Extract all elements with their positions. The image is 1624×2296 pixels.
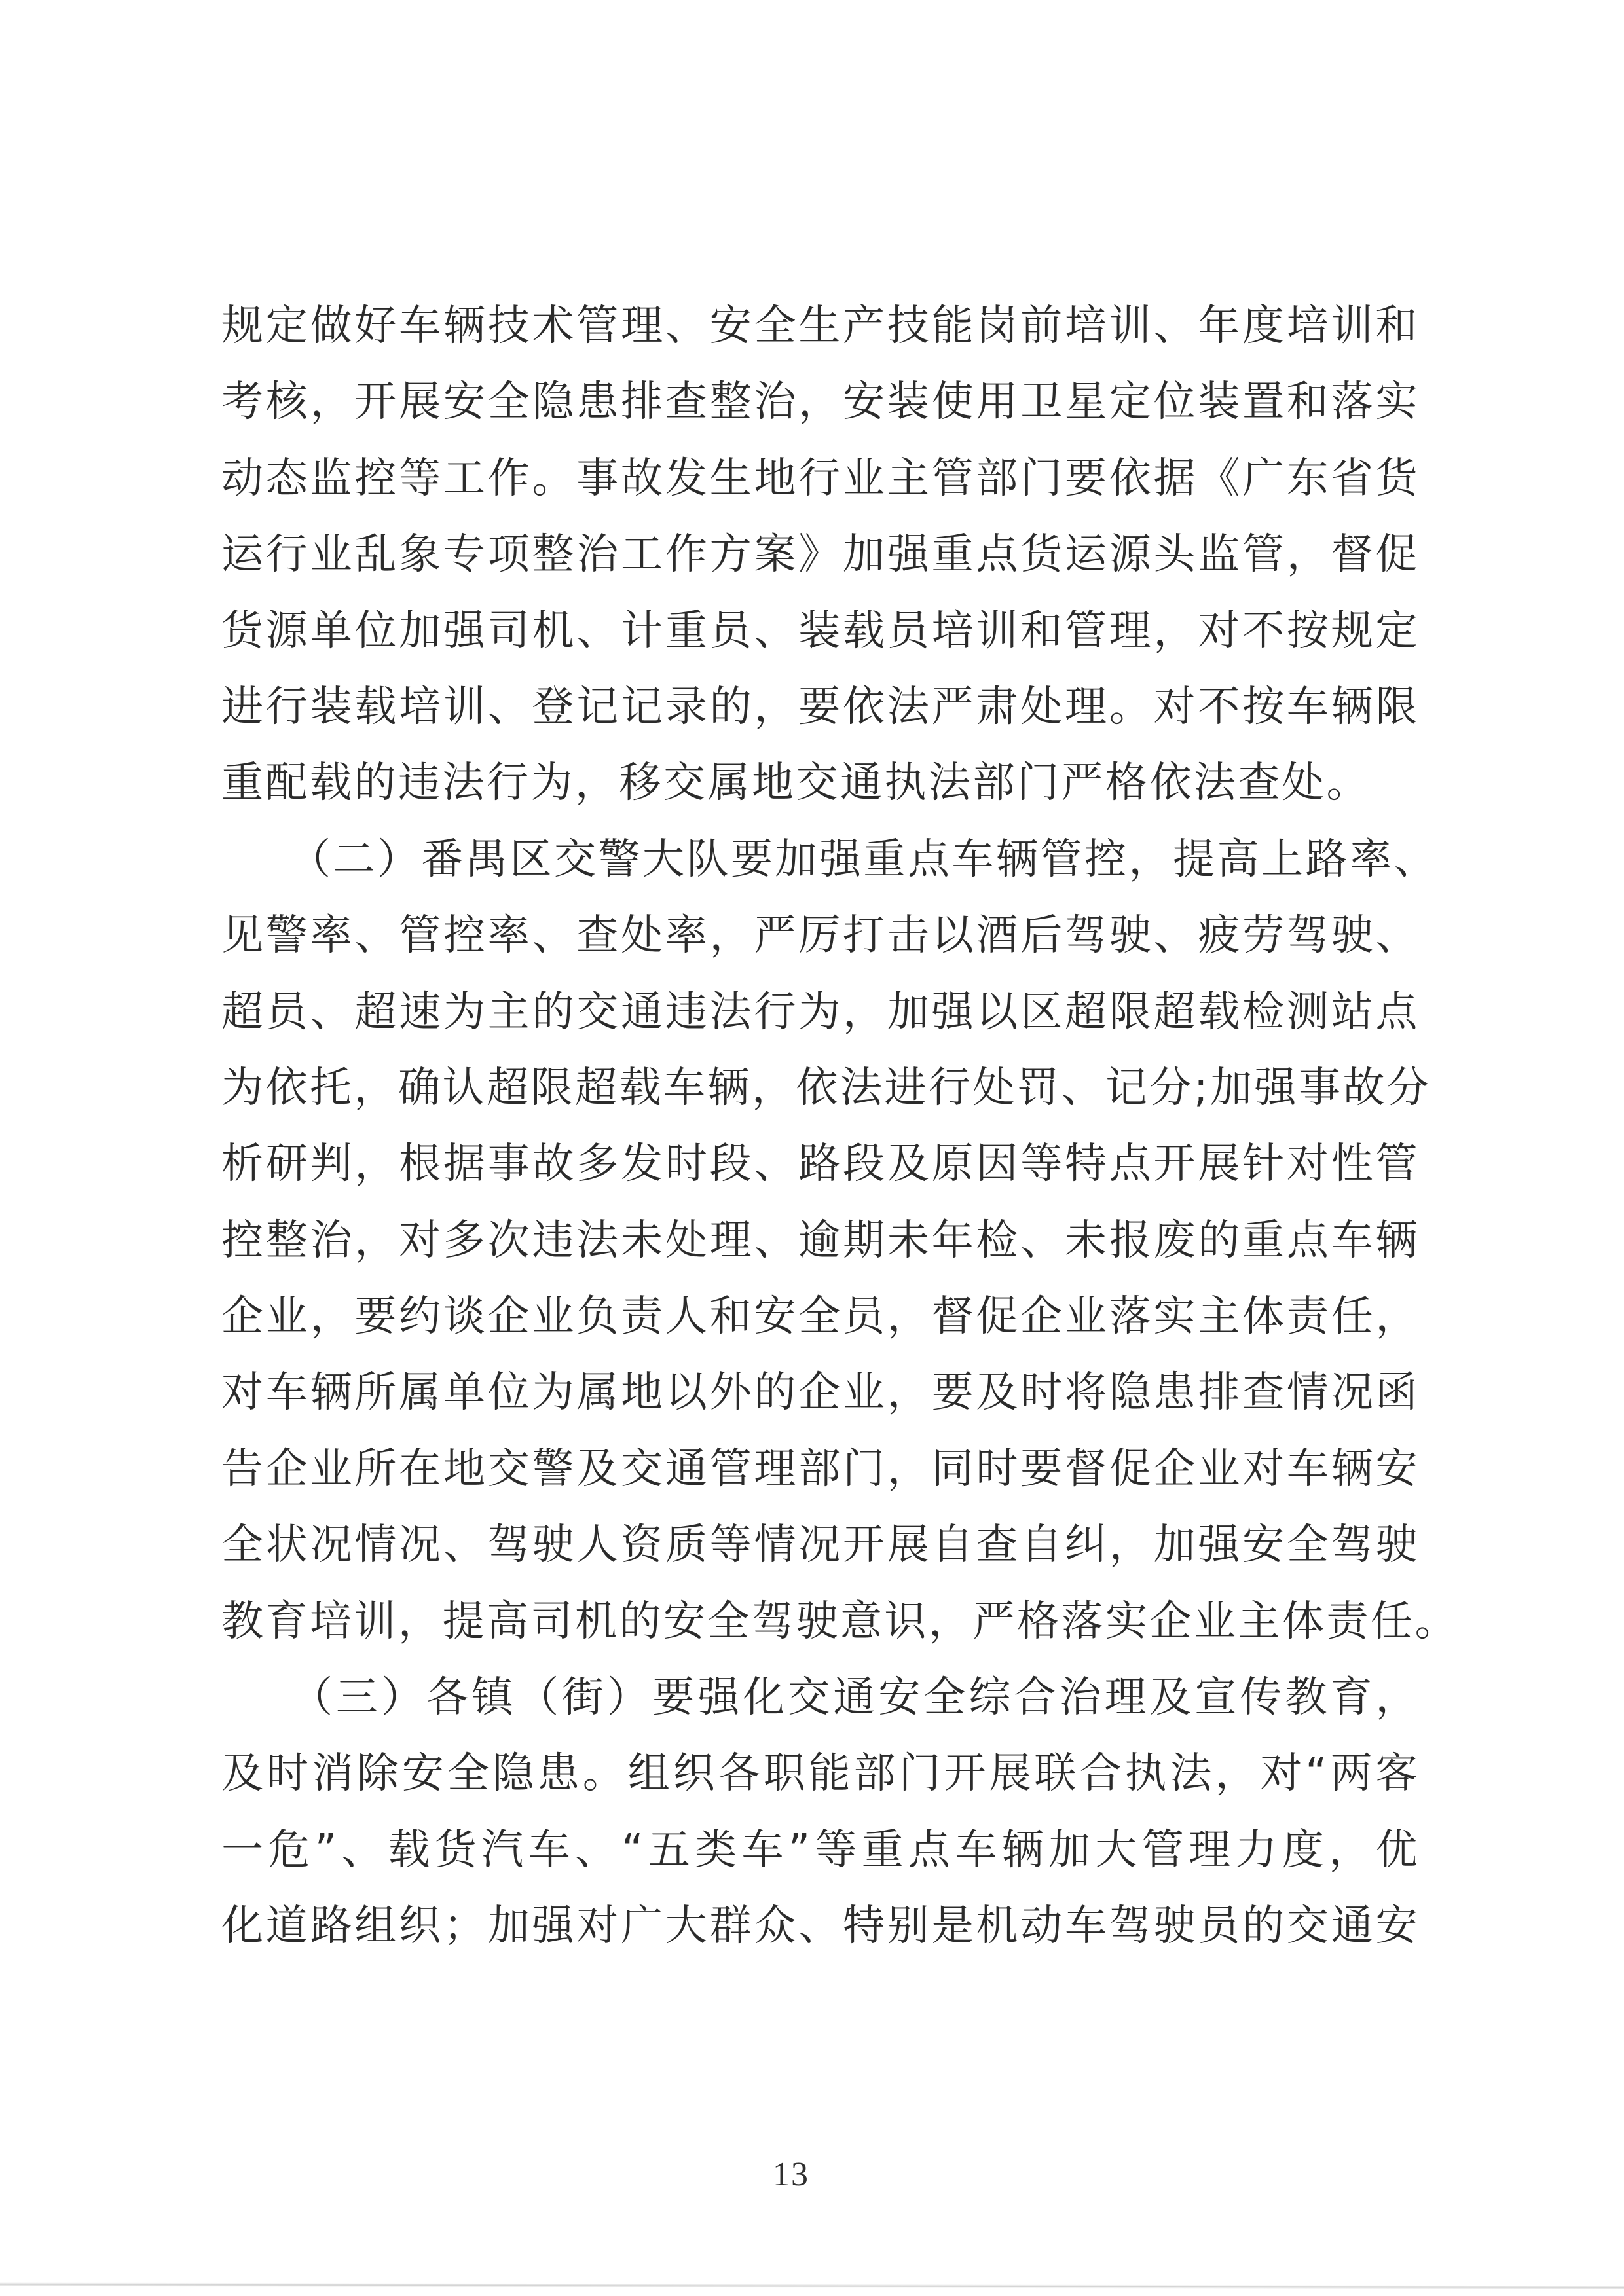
section-heading-line: （三）各镇（街）要强化交通安全综合治理及宣传教育， [221,1660,1420,1736]
text-line: 控整治，对多次违法未处理、逾期未年检、未报废的重点车辆 [221,1203,1420,1279]
text-line: 析研判，根据事故多发时段、路段及原因等特点开展针对性管 [221,1126,1420,1202]
text-line: 教育培训，提高司机的安全驾驶意识，严格落实企业主体责任。 [221,1584,1420,1660]
text-line: 告企业所在地交警及交通管理部门，同时要督促企业对车辆安 [221,1431,1420,1507]
text-line: 一危”、载货汽车、“五类车”等重点车辆加大管理力度，优 [221,1812,1420,1888]
text-line: 见警率、管控率、查处率，严厉打击以酒后驾驶、疲劳驾驶、 [221,898,1420,974]
text-line: 及时消除安全隐患。组织各职能部门开展联合执法，对“两客 [221,1736,1420,1812]
text-line: 进行装载培训、登记记录的，要依法严肃处理。对不按车辆限 [221,669,1420,745]
text-line: 化道路组织；加强对广大群众、特别是机动车驾驶员的交通安 [221,1888,1420,1964]
text-line: 重配载的违法行为，移交属地交通执法部门严格依法查处。 [221,745,1420,821]
page-number: 13 [773,2155,809,2194]
body-text: 规定做好车辆技术管理、安全生产技能岗前培训、年度培训和 考核，开展安全隐患排查整… [221,288,1420,1965]
text-line: 超员、超速为主的交通违法行为，加强以区超限超载检测站点 [221,974,1420,1050]
text-line: 考核，开展安全隐患排查整治，安装使用卫星定位装置和落实 [221,364,1420,440]
text-line: 货源单位加强司机、计重员、装载员培训和管理，对不按规定 [221,593,1420,669]
scan-edge-divider [0,2282,1624,2289]
text-line: 为依托，确认超限超载车辆，依法进行处罚、记分;加强事故分 [221,1050,1420,1126]
text-line: 动态监控等工作。事故发生地行业主管部门要依据《广东省货 [221,441,1420,517]
text-line: 对车辆所属单位为属地以外的企业，要及时将隐患排查情况函 [221,1355,1420,1430]
text-line: 运行业乱象专项整治工作方案》加强重点货运源头监管，督促 [221,517,1420,592]
text-line: 全状况情况、驾驶人资质等情况开展自查自纠，加强安全驾驶 [221,1507,1420,1583]
section-heading-line: （二）番禺区交警大队要加强重点车辆管控，提高上路率、 [221,822,1420,898]
text-line: 规定做好车辆技术管理、安全生产技能岗前培训、年度培训和 [221,288,1420,364]
text-line: 企业，要约谈企业负责人和安全员，督促企业落实主体责任， [221,1279,1420,1355]
document-page: 规定做好车辆技术管理、安全生产技能岗前培训、年度培训和 考核，开展安全隐患排查整… [0,0,1624,2296]
